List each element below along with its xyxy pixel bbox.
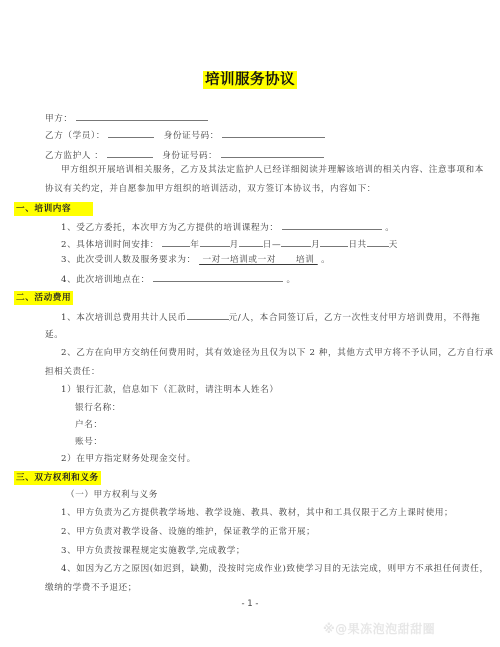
course-field[interactable]	[282, 220, 382, 230]
intro-line-1: 甲方组织开展培训相关服务，乙方及其法定监护人已经详细阅读并理解该培训的相关内容、…	[61, 164, 484, 176]
section-3-heading: 三、双方权利和义务	[14, 471, 101, 485]
party-b-name-field[interactable]	[108, 128, 154, 138]
start-year-field[interactable]	[162, 237, 190, 247]
guardian-row: 乙方监护人 ： 身份证号码：	[45, 148, 324, 162]
section-3-item-4-line-2: 缴纳的学费不予退还；	[45, 582, 137, 594]
party-b-label: 乙方（学员）：	[45, 131, 105, 141]
section-2-item-2-line-2: 担相关责任：	[45, 366, 100, 378]
end-day-field[interactable]	[320, 237, 348, 247]
section-2-item-2-line-1: 2、乙方在向甲方交纳任何费用时，其有效途径为且仅为以下 2 种，其他方式甲方将不…	[61, 347, 494, 359]
party-b-row: 乙方（学员）： 身份证号码：	[45, 128, 325, 142]
page-number: - 1 -	[0, 599, 500, 609]
section-1-item-1: 1、受乙方委托，本次甲方为乙方提供的培训课程为： 。	[61, 220, 394, 234]
document-page: 培训服务协议 甲方： 乙方（学员）： 身份证号码： 乙方监护人 ： 身份证号码：…	[0, 0, 500, 647]
bank-name-label: 银行名称：	[75, 402, 121, 414]
party-b-id-field[interactable]	[222, 128, 325, 138]
payment-option-1: 1）银行汇款，信息如下（汇款时，请注明本人姓名）	[61, 384, 279, 396]
party-a-label: 甲方：	[45, 114, 73, 124]
section-3-item-1: 1、甲方负责为乙方提供教学场地、教学设施、教具、教材，其中和工具仅限于乙方上课时…	[61, 507, 453, 519]
guardian-label: 乙方监护人 ：	[45, 151, 104, 161]
section-1-heading: 一、培训内容	[14, 202, 93, 216]
guardian-id-label: 身份证号码：	[162, 151, 217, 161]
start-day-field[interactable]	[239, 237, 263, 247]
section-3-item-3: 3、甲方负责按课程规定实施教学,完成教学；	[61, 545, 245, 557]
watermark: ※@果冻泡泡甜甜圈	[323, 620, 435, 637]
guardian-name-field[interactable]	[107, 148, 153, 158]
account-number-label: 账号：	[75, 436, 103, 448]
section-1-item-3: 3、此次受训人数及服务要求为： 一对一培训或一对 培训 。	[61, 254, 330, 266]
section-3-subheading: （一）甲方权利与义务	[66, 489, 158, 501]
section-3-item-2: 2、甲方负责对教学设备、设施的维护，保证教学的正常开展；	[61, 526, 315, 538]
start-month-field[interactable]	[200, 237, 230, 247]
section-2-item-1-cont: 延。	[45, 329, 63, 341]
party-a-row: 甲方：	[45, 111, 208, 125]
section-1-item-4: 4、此次培训地点在： 。	[61, 272, 296, 286]
section-3-item-4-line-1: 4、如因为乙方之原因(如迟到，缺勤，没按时完成作业)致使学习目的无法完成，则甲方…	[61, 563, 489, 575]
account-name-label: 户名：	[75, 419, 103, 431]
end-month-field[interactable]	[281, 237, 311, 247]
party-b-id-label: 身份证号码：	[164, 131, 219, 141]
location-field[interactable]	[153, 272, 283, 282]
total-days-field[interactable]	[367, 237, 389, 247]
section-2-item-1: 1、本次培训总费用共计人民币元/人，本合同签订后，乙方一次性支付甲方培训费用，不…	[61, 310, 480, 324]
payment-option-2: 2）在甲方指定财务处现金交付。	[61, 453, 196, 465]
party-a-field[interactable]	[76, 111, 208, 121]
fee-field[interactable]	[187, 310, 229, 320]
document-title: 培训服务协议	[0, 68, 500, 89]
section-1-item-2: 2、具体培训时间安排： 年月日—月日共天	[61, 237, 398, 251]
intro-line-2: 协议有关约定，并自愿参加甲方组织的培训活动，双方签订本协议书，内容如下：	[45, 183, 376, 195]
section-2-heading: 二、活动费用	[14, 291, 73, 305]
guardian-id-field[interactable]	[221, 148, 324, 158]
service-type-field[interactable]: 一对一培训或一对 培训	[199, 255, 318, 265]
